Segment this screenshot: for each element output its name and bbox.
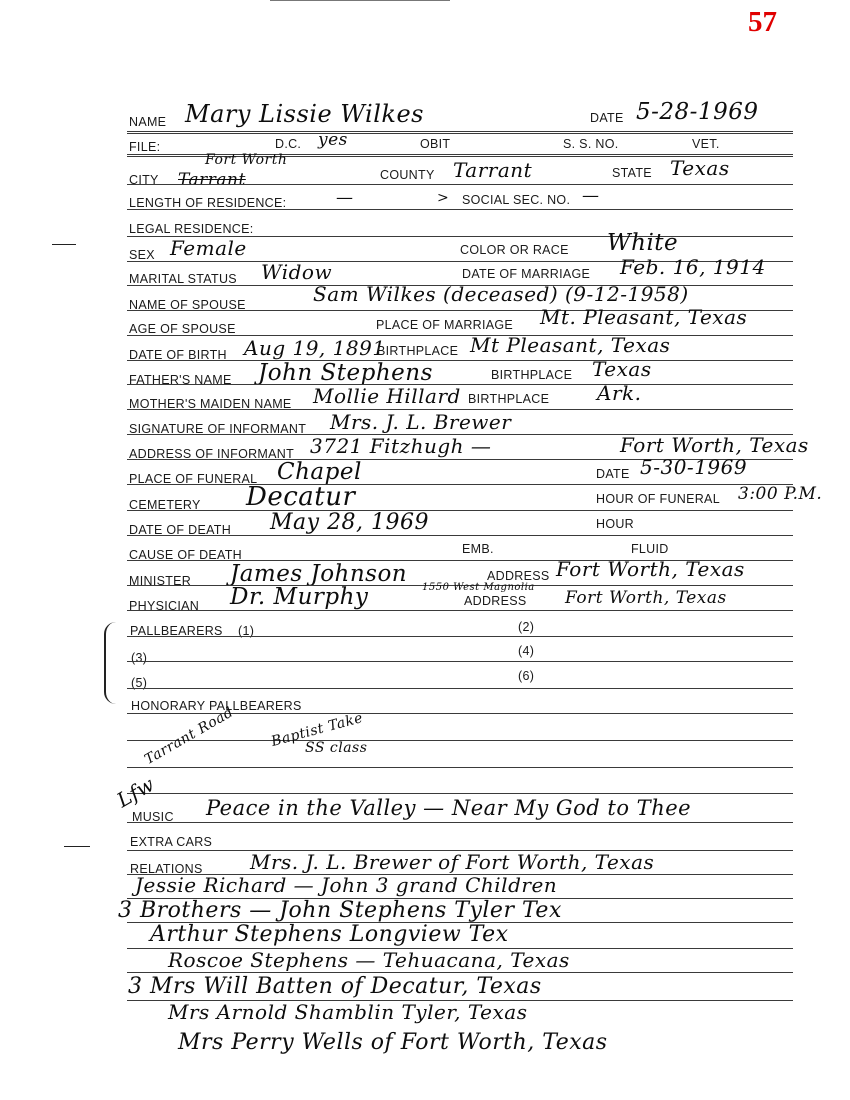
rule bbox=[127, 335, 793, 336]
label-age-of-spouse: AGE OF SPOUSE bbox=[129, 322, 236, 336]
margin-mark bbox=[52, 244, 76, 245]
label-hour: HOUR bbox=[596, 517, 634, 531]
value-mothers-maiden-name[interactable]: Mollie Hillard bbox=[313, 384, 461, 408]
margin-mark bbox=[64, 846, 90, 847]
rule bbox=[127, 184, 793, 185]
label-pallbearer-3: (3) bbox=[131, 651, 147, 665]
label-extra-cars: EXTRA CARS bbox=[130, 835, 212, 849]
value-city[interactable]: Fort Worth bbox=[205, 152, 287, 168]
value-relation-line[interactable]: 3 Mrs Will Batten of Decatur, Texas bbox=[128, 974, 542, 999]
label-place-of-marriage: PLACE OF MARRIAGE bbox=[376, 318, 513, 332]
top-border-line bbox=[270, 0, 450, 1]
label-vet: VET. bbox=[692, 137, 720, 151]
label-date: DATE bbox=[590, 111, 624, 125]
value-birthplace[interactable]: Mt Pleasant, Texas bbox=[470, 333, 670, 357]
value-cemetery[interactable]: Decatur bbox=[246, 482, 355, 512]
label-minister-address: ADDRESS bbox=[487, 569, 550, 583]
value-relation-line[interactable]: Mrs Perry Wells of Fort Worth, Texas bbox=[178, 1030, 608, 1055]
label-pallbearer-2: (2) bbox=[518, 620, 534, 634]
rule bbox=[127, 793, 793, 794]
label-father-birthplace: BIRTHPLACE bbox=[491, 368, 572, 382]
value-date-of-birth[interactable]: Aug 19, 1891 bbox=[244, 336, 386, 360]
label-dc: D.C. bbox=[275, 137, 301, 151]
label-obit: OBIT bbox=[420, 137, 450, 151]
label-state: STATE bbox=[612, 166, 652, 180]
value-name[interactable]: Mary Lissie Wilkes bbox=[185, 100, 424, 128]
value-sex[interactable]: Female bbox=[170, 236, 247, 260]
value-physician[interactable]: Dr. Murphy bbox=[230, 584, 368, 610]
page-number: 57 bbox=[748, 6, 777, 39]
label-length-of-residence: LENGTH OF RESIDENCE: bbox=[129, 196, 286, 210]
rule bbox=[127, 822, 793, 823]
value-relation-line[interactable]: Mrs. J. L. Brewer of Fort Worth, Texas bbox=[250, 850, 654, 874]
rule bbox=[127, 209, 793, 210]
label-mother-birthplace: BIRTHPLACE bbox=[468, 392, 549, 406]
rule bbox=[127, 636, 793, 637]
value-music[interactable]: Peace in the Valley — Near My God to The… bbox=[206, 796, 691, 820]
rule bbox=[127, 360, 793, 361]
value-hour-of-funeral[interactable]: 3:00 P.M. bbox=[738, 484, 822, 504]
label-file: FILE: bbox=[129, 140, 160, 154]
rule bbox=[127, 972, 793, 973]
rule bbox=[127, 688, 793, 689]
rule bbox=[127, 510, 793, 511]
label-pallbearer-6: (6) bbox=[518, 669, 534, 683]
value-relation-line[interactable]: Mrs Arnold Shamblin Tyler, Texas bbox=[168, 1000, 528, 1024]
rule bbox=[127, 610, 793, 611]
value-funeral-date[interactable]: 5-30-1969 bbox=[640, 455, 747, 479]
arrow-mark: > bbox=[437, 190, 449, 206]
rule bbox=[127, 484, 793, 485]
value-physician-address-street[interactable]: 1550 West Magnolia bbox=[422, 582, 535, 593]
label-color-or-race: COLOR OR RACE bbox=[460, 243, 569, 257]
value-name-of-spouse[interactable]: Sam Wilkes (deceased) (9-12-1958) bbox=[313, 282, 689, 306]
label-pallbearer-4: (4) bbox=[518, 644, 534, 658]
value-father-birthplace[interactable]: Texas bbox=[592, 357, 652, 381]
rule bbox=[127, 767, 793, 768]
label-physician-address: ADDRESS bbox=[464, 594, 527, 608]
value-fathers-name[interactable]: John Stephens bbox=[258, 360, 433, 386]
label-ss-no: S. S. NO. bbox=[563, 137, 619, 151]
value-physician-address[interactable]: Fort Worth, Texas bbox=[565, 588, 727, 608]
rule bbox=[127, 131, 793, 134]
value-state[interactable]: Texas bbox=[670, 156, 730, 180]
value-address-of-informant-city[interactable]: Fort Worth, Texas bbox=[620, 433, 809, 457]
value-social-sec-no[interactable]: — bbox=[582, 186, 600, 206]
rule bbox=[127, 740, 793, 741]
value-dc[interactable]: yes bbox=[318, 130, 348, 150]
label-social-sec-no: SOCIAL SEC. NO. bbox=[462, 193, 570, 207]
label-fluid: FLUID bbox=[631, 542, 669, 556]
value-minister-address[interactable]: Fort Worth, Texas bbox=[556, 557, 745, 581]
value-relation-line[interactable]: 3 Brothers — John Stephens Tyler Tex bbox=[118, 898, 562, 923]
pallbearers-brace-mark bbox=[104, 622, 120, 704]
value-length-of-residence[interactable]: — bbox=[336, 188, 354, 208]
value-honorary-note-3[interactable]: SS class bbox=[305, 740, 367, 756]
label-emb: EMB. bbox=[462, 542, 494, 556]
rule bbox=[127, 535, 793, 536]
value-place-of-marriage[interactable]: Mt. Pleasant, Texas bbox=[540, 305, 747, 329]
value-date[interactable]: 5-28-1969 bbox=[636, 99, 758, 125]
value-address-of-informant[interactable]: 3721 Fitzhugh — bbox=[310, 434, 491, 458]
label-legal-residence: LEGAL RESIDENCE: bbox=[129, 222, 254, 236]
label-name: NAME bbox=[129, 115, 166, 129]
label-funeral-date: DATE bbox=[596, 467, 630, 481]
value-relation-line[interactable]: Arthur Stephens Longview Tex bbox=[150, 922, 509, 947]
value-date-of-marriage[interactable]: Feb. 16, 1914 bbox=[620, 255, 766, 279]
value-county[interactable]: Tarrant bbox=[453, 158, 532, 182]
value-mother-birthplace[interactable]: Ark. bbox=[597, 381, 641, 405]
value-marital-status[interactable]: Widow bbox=[261, 260, 332, 284]
label-birthplace: BIRTHPLACE bbox=[377, 344, 458, 358]
label-marital-status: MARITAL STATUS bbox=[129, 272, 237, 286]
value-city-crossed-out: Tarrant bbox=[178, 170, 246, 190]
value-color-or-race[interactable]: White bbox=[607, 230, 678, 256]
value-date-of-death[interactable]: May 28, 1969 bbox=[270, 510, 429, 535]
rule bbox=[127, 661, 793, 662]
value-honorary-note-4[interactable]: Lfw bbox=[113, 772, 159, 812]
value-signature-of-informant[interactable]: Mrs. J. L. Brewer bbox=[330, 410, 511, 434]
label-hour-of-funeral: HOUR OF FUNERAL bbox=[596, 492, 720, 506]
label-county: COUNTY bbox=[380, 168, 435, 182]
value-relation-line[interactable]: Roscoe Stephens — Tehuacana, Texas bbox=[168, 948, 570, 972]
value-relation-line[interactable]: Jessie Richard — John 3 grand Children bbox=[135, 873, 557, 897]
label-sex: SEX bbox=[129, 248, 155, 262]
label-date-of-marriage: DATE OF MARRIAGE bbox=[462, 267, 590, 281]
